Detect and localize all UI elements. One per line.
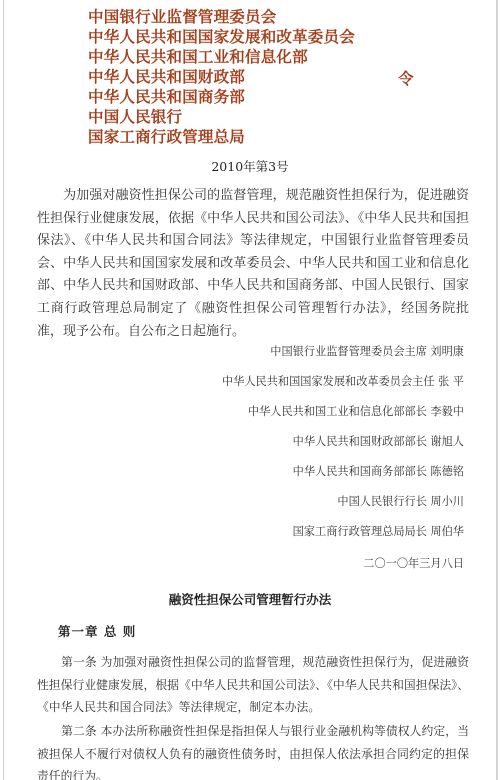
chapter-heading: 第一章 总 则	[58, 622, 136, 640]
issuer-miit: 中华人民共和国工业和信息化部	[88, 47, 355, 67]
issuer-ndrc: 中华人民共和国国家发展和改革委员会	[88, 27, 355, 47]
signatory: 中华人民共和国财政部部长 谢旭人	[293, 433, 464, 449]
issuer-saic: 国家工商行政管理总局	[88, 127, 355, 147]
issuer-mof: 中华人民共和国财政部	[88, 67, 355, 87]
article-2: 第二条 本办法所称融资性担保是指担保人与银行业金融机构等债权人约定，当被担保人不…	[37, 720, 469, 780]
preamble-paragraph: 为加强对融资性担保公司的监督管理，规范融资性担保行为，促进融资性担保行业健康发展…	[37, 185, 469, 343]
issuer-pboc: 中国人民银行	[88, 107, 355, 127]
signatory: 国家工商行政管理总局局长 周伯华	[293, 523, 464, 539]
article-text: 第二条 本办法所称融资性担保是指担保人与银行业金融机构等债权人约定，当被担保人不…	[37, 724, 469, 780]
issuing-authorities: 中国银行业监督管理委员会 中华人民共和国国家发展和改革委员会 中华人民共和国工业…	[88, 7, 355, 147]
document-page: 中国银行业监督管理委员会 中华人民共和国国家发展和改革委员会 中华人民共和国工业…	[3, 0, 498, 780]
signatory: 中华人民共和国商务部部长 陈德铭	[293, 463, 464, 479]
signing-date: 二〇一〇年三月八日	[363, 555, 464, 571]
issuer-mofcom: 中华人民共和国商务部	[88, 87, 355, 107]
signatory: 中国人民银行行长 周小川	[337, 493, 464, 509]
issuer-cbrc: 中国银行业监督管理委员会	[88, 7, 355, 27]
article-1: 第一条 为加强对融资性担保公司的监督管理，规范融资性担保行为，促进融资性担保行业…	[37, 651, 469, 719]
regulation-title: 融资性担保公司管理暂行办法	[4, 590, 496, 608]
signatory: 中华人民共和国工业和信息化部部长 李毅中	[248, 403, 464, 419]
signatory: 中国银行业监督管理委员会主席 刘明康	[270, 343, 464, 359]
preamble-text: 为加强对融资性担保公司的监督管理，规范融资性担保行为，促进融资性担保行业健康发展…	[37, 188, 469, 339]
document-number: 2010年第3号	[4, 157, 496, 175]
order-mark: 令	[398, 67, 414, 89]
signatory: 中华人民共和国国家发展和改革委员会主任 张 平	[222, 373, 464, 389]
article-text: 第一条 为加强对融资性担保公司的监督管理，规范融资性担保行为，促进融资性担保行业…	[37, 655, 469, 714]
